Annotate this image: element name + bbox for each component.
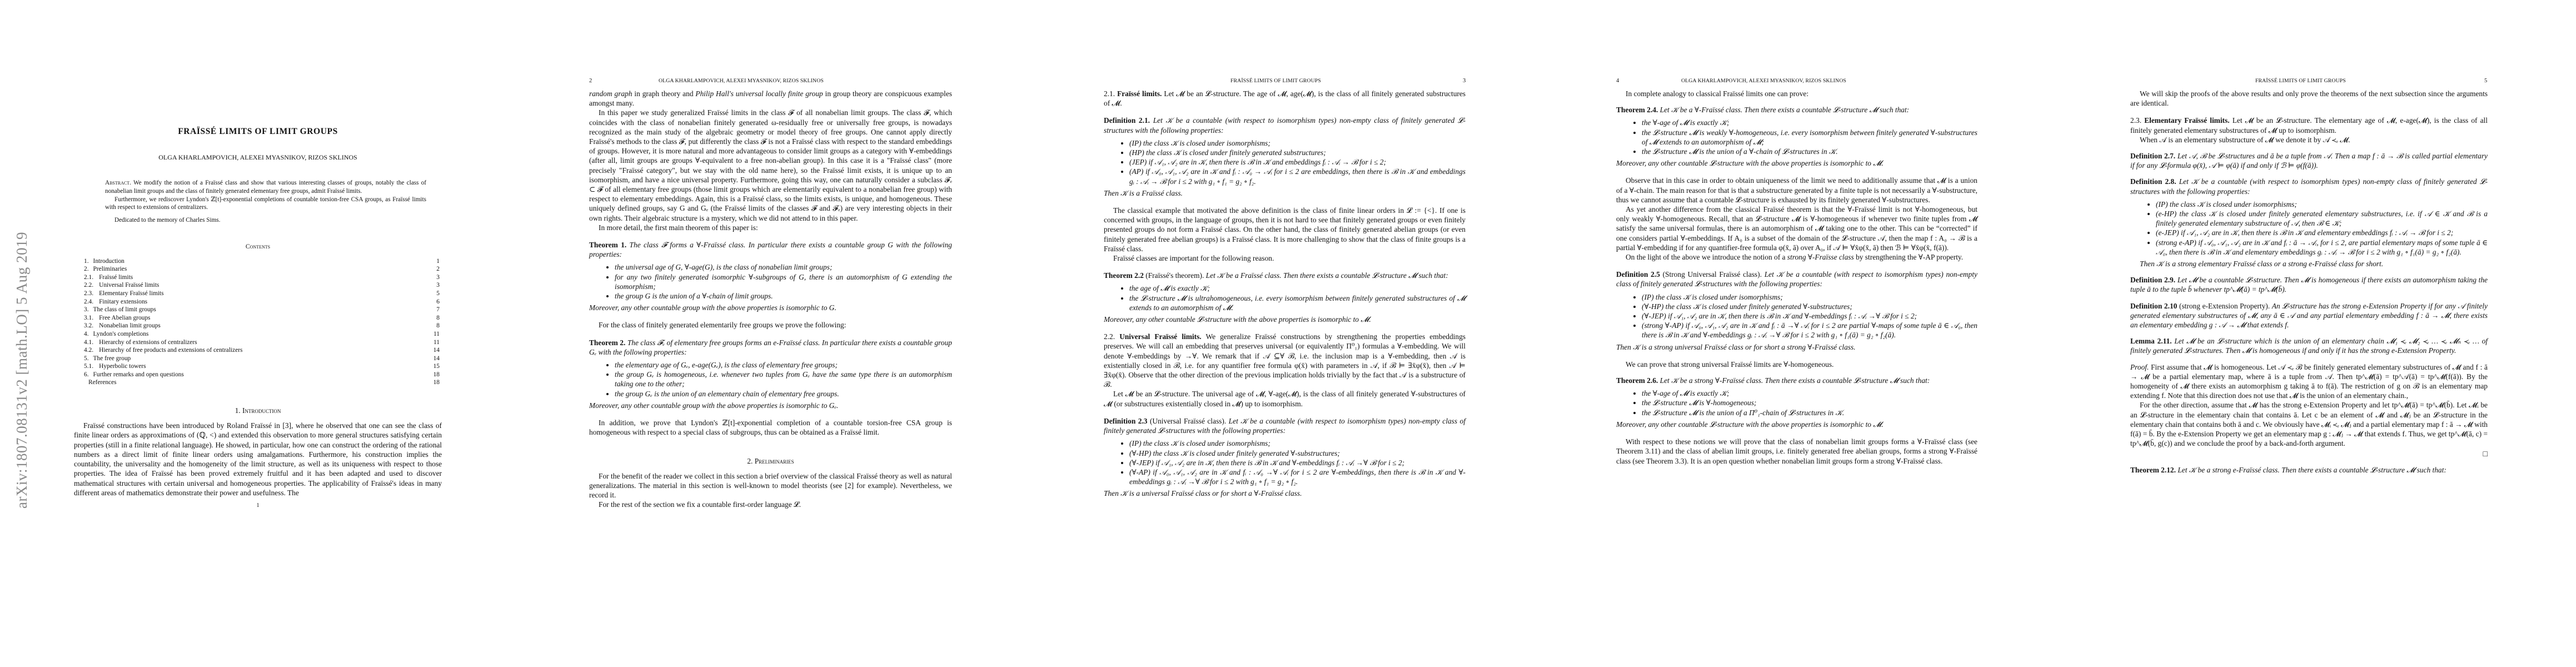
definition-2-5: Definition 2.5 (Strong Universal Fraïssé… (1616, 270, 1977, 352)
definition-text: Let 𝒦 be a countable (with respect to is… (1104, 116, 1466, 134)
toc-entry-label: 5.1.Hyperbolic towers (84, 362, 146, 371)
toc-entry-label: 2.3.Elementary Fraïssé limits (84, 290, 164, 298)
paragraph: When 𝒜 is an elementary substructure of … (2130, 135, 2488, 145)
list-item: (JEP) if 𝒜₁, 𝒜₂ are in 𝒦, then there is … (1129, 157, 1466, 167)
definition-items: (IP) the class 𝒦 is closed under isomorp… (1104, 138, 1466, 186)
paragraph: Let 𝓜 be an 𝓛-structure. The universal a… (1104, 389, 1466, 408)
theorem-1: Theorem 1. The class 𝓕 forms a ∀-Fraïssé… (589, 240, 952, 312)
toc-entry-label: 4.Lyndon's completions (84, 330, 148, 339)
toc-entry[interactable]: 3.2.Nonabelian limit groups8 (84, 322, 440, 330)
toc-entry-page: 14 (434, 346, 440, 355)
toc-entry-page: 11 (434, 339, 440, 347)
definition-text: Let 𝓜 be a countable 𝓛-structure. Then 𝓜… (2130, 276, 2488, 293)
toc-entry-label: 2.4.Finitary extensions (84, 298, 147, 306)
toc-entry[interactable]: 3.1.Free Abelian groups8 (84, 314, 440, 322)
definition-conclusion: Then 𝒦 is a strong elementary Fraïssé cl… (2130, 259, 2488, 268)
toc-entry[interactable]: 4.Lyndon's completions11 (84, 330, 440, 339)
theorem-label: Theorem 2.4. (1616, 106, 1658, 114)
toc-entry-page: 18 (434, 379, 440, 387)
page-3-column: 2.1. Fraïssé limits. Let 𝓜 be an 𝓛-struc… (1104, 89, 1466, 499)
toc-entry[interactable]: 2.1.Fraïssé limits3 (84, 273, 440, 282)
paragraph: As yet another difference from the class… (1616, 205, 1977, 252)
toc-entry-page: 11 (434, 330, 440, 339)
definition-2-1: Definition 2.1. Let 𝒦 be a countable (wi… (1104, 116, 1466, 198)
toc-entry-title: Nonabelian limit groups (99, 322, 161, 329)
abstract: Abstract. We modify the notion of a Fraï… (105, 179, 426, 224)
toc-entry-page: 18 (434, 371, 440, 379)
abstract-label: Abstract. (105, 180, 131, 186)
lemma-2-11: Lemma 2.11. Let 𝓜 be an 𝓛-structure whic… (2130, 336, 2488, 355)
toc-entry-number: 2. (84, 265, 89, 273)
toc-entry-label: 2.1.Fraïssé limits (84, 273, 133, 282)
theorem-conclusion: Moreover, any other countable 𝓛-structur… (1616, 420, 1977, 429)
contents-title: Contents (74, 242, 442, 251)
theorem-text: Let 𝒦 be a Fraïssé class. Then there exi… (1206, 271, 1448, 280)
running-head: FRAÏSSÉ LIMITS OF LIMIT GROUPS (1230, 78, 1321, 84)
definition-items: (IP) the class 𝒦 is closed under isomorp… (1104, 439, 1466, 486)
paragraph: On the light of the above we introduce t… (1616, 252, 1977, 262)
subsection-number: 2.2. (1104, 332, 1115, 341)
definition-2-7: Definition 2.7. Let 𝒜, ℬ be 𝓛-structures… (2130, 151, 2488, 170)
theorem-conclusion: Moreover, any other countable group with… (589, 401, 952, 410)
toc-entry-page: 1 (436, 257, 440, 266)
toc-entry-title: The free group (93, 355, 131, 362)
theorem-2-12: Theorem 2.12. Let 𝒦 be a strong e-Fraïss… (2130, 465, 2488, 475)
toc-entry-title: Free Abelian groups (99, 315, 150, 321)
list-item: the 𝓛-structure 𝓜 is ultrahomogeneous, i… (1129, 293, 1466, 312)
list-item: (∀-HP) the class 𝒦 is closed under finit… (1129, 449, 1466, 458)
toc-entry-title: Lyndon's completions (93, 331, 149, 337)
list-item: (∀-JEP) if 𝒜₁, 𝒜₂ are in 𝒦, then there i… (1642, 311, 1977, 321)
page-footer-number: 1 (74, 501, 442, 510)
list-item: the ∀-age of 𝓜 is exactly 𝒦; (1642, 389, 1977, 398)
dedication: Dedicated to the memory of Charles Sims. (105, 216, 426, 225)
text: in graph theory and (632, 89, 696, 98)
page-4: 4 OLGA KHARLAMPOVICH, ALEXEI MYASNIKOV, … (1546, 0, 2061, 667)
theorem-text: The class 𝓕ₑ of elementary free groups f… (589, 339, 952, 356)
definition-label: Definition 2.5 (1616, 270, 1660, 278)
definition-2-3: Definition 2.3 (Universal Fraïssé class)… (1104, 416, 1466, 499)
toc-entry-number: 6. (84, 371, 89, 379)
definition-name: (strong e-Extension Property). (2179, 302, 2270, 310)
table-of-contents: 1.Introduction12.Preliminaries22.1.Fraïs… (84, 257, 440, 387)
theorem-text: Let 𝒦 be a strong e-Fraïssé class. Then … (2178, 466, 2446, 474)
toc-entry[interactable]: 2.4.Finitary extensions6 (84, 298, 440, 306)
theorem-2-2: Theorem 2.2 (Fraïssé's theorem). Let 𝒦 b… (1104, 271, 1466, 324)
page-4-column: In complete analogy to classical Fraïssé… (1616, 89, 1977, 466)
theorem-conclusion: Moreover, any other countable 𝓛-structur… (1616, 158, 1977, 168)
subsection-title: Universal Fraïssé limits. (1119, 332, 1201, 341)
toc-entry-number: 2.1. (84, 273, 93, 282)
subsection-title: Elementary Fraïssé limits. (2144, 116, 2229, 125)
toc-entry-title: The class of limit groups (93, 306, 156, 313)
paragraph: For the rest of the section we fix a cou… (589, 500, 952, 509)
toc-entry-title: Introduction (93, 258, 124, 265)
theorem-items: the ∀-age of 𝓜 is exactly 𝒦; the 𝓛-struc… (1616, 389, 1977, 417)
theorem-label: Theorem 2.12. (2130, 466, 2176, 474)
theorem-2-4: Theorem 2.4. Let 𝒦 be a ∀-Fraïssé class.… (1616, 105, 1977, 168)
list-item: (strong e-AP) if 𝒜₀, 𝒜₁, 𝒜₂ are in 𝒦 and… (2156, 238, 2488, 257)
toc-entry-page: 3 (436, 273, 440, 282)
toc-entry-title: Hierarchy of extensions of centralizers (99, 339, 197, 346)
theorem-items: the elementary age of Gₑ, e-age(Gₑ), is … (589, 360, 952, 399)
toc-entry-page: 8 (436, 322, 440, 330)
toc-entry-number: 2.3. (84, 290, 93, 298)
toc-entry[interactable]: 2.Preliminaries2 (84, 265, 440, 273)
page-1-column: FRAÏSSÉ LIMITS OF LIMIT GROUPS OLGA KHAR… (74, 127, 442, 510)
toc-entry-page: 14 (434, 355, 440, 363)
list-item: the 𝓛-structure 𝓜 is the union of a ∀-ch… (1642, 147, 1977, 156)
toc-entry-title: Fraïssé limits (99, 274, 133, 281)
theorem-text: The class 𝓕 forms a ∀-Fraïssé class. In … (589, 241, 952, 258)
definition-text: Let 𝒦 be a countable (with respect to is… (2130, 177, 2488, 195)
subsection-text: We generalize Fraïssé constructions by s… (1104, 332, 1466, 389)
toc-entry-number: 5. (84, 355, 89, 363)
theorem-label: Theorem 2. (589, 339, 625, 347)
intro-heading: 1. Introduction (74, 406, 442, 415)
definition-2-8: Definition 2.8. Let 𝒦 be a countable (wi… (2130, 177, 2488, 268)
list-item: (AP) if 𝒜₀, 𝒜₁, 𝒜₂ are in 𝒦 and fᵢ : 𝒜₀ … (1129, 167, 1466, 186)
theorem-label: Theorem 1. (589, 241, 626, 249)
toc-entry-number: 3.2. (84, 322, 93, 330)
proof-text: First assume that 𝓜 is homogeneous. Let … (2130, 363, 2488, 400)
toc-entry-title: Universal Fraïssé limits (99, 282, 159, 288)
list-item: (IP) the class 𝒦 is closed under isomorp… (1129, 138, 1466, 148)
toc-entry-label: 2.2.Universal Fraïssé limits (84, 281, 159, 290)
lemma-text: Let 𝓜 be an 𝓛-structure which is the uni… (2130, 337, 2488, 355)
page-number: 3 (1463, 78, 1466, 84)
toc-entry[interactable]: 5.1.Hyperbolic towers15 (84, 362, 440, 371)
theorem-conclusion: Moreover, any other countable group with… (589, 303, 952, 312)
list-item: the age of 𝓜 is exactly 𝒦; (1129, 283, 1466, 293)
definition-label: Definition 2.3 (1104, 417, 1148, 425)
toc-entry-page: 8 (436, 314, 440, 322)
toc-entry-number: 2.2. (84, 281, 93, 290)
toc-entry-label: 3.The class of limit groups (84, 306, 156, 314)
paragraph: We can prove that strong universal Fraïs… (1616, 360, 1977, 369)
toc-entry[interactable]: 1.Introduction1 (84, 257, 440, 266)
section-heading-preliminaries: 2. Preliminaries (589, 456, 952, 466)
abstract-text-2: Furthermore, we rediscover Lyndon's ℤ[t]… (105, 196, 426, 212)
definition-items: (IP) the class 𝒦 is closed under isomorp… (1616, 292, 1977, 340)
toc-entry-number: 1. (84, 257, 89, 266)
proof: Proof. First assume that 𝓜 is homogeneou… (2130, 362, 2488, 459)
definition-text: Let 𝒜, ℬ be 𝓛-structures and ā be a tupl… (2130, 152, 2488, 170)
list-item: (∀-AP) if 𝒜₀, 𝒜₁, 𝒜₂ are in 𝒦 and fᵢ : 𝒜… (1129, 467, 1466, 486)
definition-label: Definition 2.8. (2130, 177, 2176, 186)
toc-entry-label: 3.2.Nonabelian limit groups (84, 322, 161, 330)
toc-entry[interactable]: 3.The class of limit groups7 (84, 306, 440, 314)
paragraph: In addition, we prove that Lyndon's ℤ[t]… (589, 418, 952, 437)
toc-entry-number: 4.2. (84, 346, 93, 355)
toc-entry-page: 6 (436, 298, 440, 306)
toc-entry-title: Hierarchy of free products and extension… (99, 347, 242, 354)
paragraph: In this paper we study generalized Fraïs… (589, 108, 952, 222)
toc-entry-label: 5.The free group (84, 355, 131, 363)
page-2: 2 OLGA KHARLAMPOVICH, ALEXEI MYASNIKOV, … (515, 0, 1030, 667)
proof-label: Proof. (2130, 363, 2149, 371)
theorem-2: Theorem 2. The class 𝓕ₑ of elementary fr… (589, 338, 952, 410)
emph-random-graph: random graph (589, 89, 632, 98)
toc-entry-page: 7 (436, 306, 440, 314)
toc-entry-page: 15 (434, 362, 440, 371)
theorem-label: Theorem 2.6. (1616, 376, 1658, 385)
list-item: the 𝓛-structure 𝓜 is ∀-homogeneous; (1642, 398, 1977, 407)
theorem-conclusion: Moreover, any other countable 𝓛-structur… (1104, 315, 1466, 324)
page-number: 2 (589, 78, 592, 84)
toc-entry-label: 4.2.Hierarchy of free products and exten… (84, 346, 243, 355)
list-item: (e-HP) the class 𝒦 is closed under finit… (2156, 209, 2488, 228)
page-3: FRAÏSSÉ LIMITS OF LIMIT GROUPS 3 2.1. Fr… (1030, 0, 1546, 667)
paragraph: In more detail, the first main theorem o… (589, 223, 952, 232)
list-item: the 𝓛-structure 𝓜 is the union of a Π⁰₁-… (1642, 408, 1977, 417)
text: by strengthening the ∀-AP property. (1854, 253, 1963, 261)
toc-entry[interactable]: 2.2.Universal Fraïssé limits3 (84, 281, 440, 290)
qed-symbol: □ (2130, 451, 2488, 459)
paragraph: We will skip the proofs of the above res… (2130, 89, 2488, 108)
toc-entry-title: Preliminaries (93, 266, 127, 272)
toc-entry-title: References (88, 379, 117, 386)
list-item: (strong ∀-AP) if 𝒜₀, 𝒜₁, 𝒜₂ are in 𝒦 and… (1642, 321, 1977, 340)
definition-label: Definition 2.7. (2130, 152, 2175, 160)
paragraph: Observe that in this case in order to ob… (1616, 176, 1977, 205)
emph-philip-hall: Philip Hall's universal locally finite g… (695, 89, 823, 98)
page-2-column: random graph in graph theory and Philip … (589, 89, 952, 510)
list-item: the elementary age of Gₑ, e-age(Gₑ), is … (615, 360, 952, 370)
definition-2-9: Definition 2.9. Let 𝓜 be a countable 𝓛-s… (2130, 275, 2488, 294)
toc-entry-page: 2 (436, 265, 440, 273)
toc-entry-page: 5 (436, 290, 440, 298)
toc-entry-number: 4. (84, 330, 89, 339)
toc-entry-title: Elementary Fraïssé limits (99, 290, 163, 297)
list-item: the group Gₑ is the union of an elementa… (615, 389, 952, 399)
definition-label: Definition 2.10 (2130, 302, 2177, 310)
toc-entry-label: 2.Preliminaries (84, 265, 127, 273)
toc-entry-number: 5.1. (84, 362, 93, 371)
list-item: the universal age of G, ∀-age(G), is the… (615, 262, 952, 272)
toc-entry[interactable]: 5.The free group14 (84, 355, 440, 363)
subsection-number: 2.3. (2130, 116, 2141, 125)
toc-entry-title: Further remarks and open questions (93, 371, 184, 378)
definition-conclusion: Then 𝒦 is a universal Fraïssé class or f… (1104, 489, 1466, 498)
definition-label: Definition 2.1. (1104, 116, 1150, 125)
running-head: OLGA KHARLAMPOVICH, ALEXEI MYASNIKOV, RI… (659, 78, 824, 84)
toc-entry-number: 3.1. (84, 314, 93, 322)
definition-conclusion: Then 𝒦 is a Fraïssé class. (1104, 188, 1466, 198)
toc-entry-number: 4.1. (84, 339, 93, 347)
toc-entry-label: References (84, 379, 117, 387)
paper-authors: OLGA KHARLAMPOVICH, ALEXEI MYASNIKOV, RI… (74, 153, 442, 162)
proof-text: For the other direction, assume that 𝓜 h… (2130, 400, 2488, 448)
toc-entry-label: 3.1.Free Abelian groups (84, 314, 150, 322)
page-5: FRAÏSSÉ LIMITS OF LIMIT GROUPS 5 We will… (2061, 0, 2576, 667)
intro-paragraph: Fraïssé constructions have been introduc… (74, 421, 442, 497)
subsection-number: 2.1. (1104, 89, 1115, 98)
paper-title: FRAÏSSÉ LIMITS OF LIMIT GROUPS (74, 127, 442, 136)
toc-entry-number: 3. (84, 306, 89, 314)
toc-entry-page: 3 (436, 281, 440, 290)
page-number: 5 (2484, 78, 2487, 84)
list-item: (IP) the class 𝒦 is closed under isomorp… (1129, 439, 1466, 448)
paragraph: For the class of finitely generated elem… (589, 320, 952, 330)
page-5-column: We will skip the proofs of the above res… (2130, 89, 2488, 475)
emph-strong-class: strong ∀-Fraïsse class (1787, 253, 1854, 261)
paragraph: In complete analogy to classical Fraïssé… (1616, 89, 1977, 98)
list-item: (HP) the class 𝒦 is closed under finitel… (1129, 148, 1466, 157)
list-item: the ∀-age of 𝓜 is exactly 𝒦; (1642, 118, 1977, 127)
toc-entry[interactable]: 6.Further remarks and open questions18 (84, 371, 440, 379)
theorem-items: the age of 𝓜 is exactly 𝒦; the 𝓛-structu… (1104, 283, 1466, 312)
list-item: (IP) the class 𝒦 is closed under isomorp… (1642, 292, 1977, 302)
toc-entry[interactable]: 2.3.Elementary Fraïssé limits5 (84, 290, 440, 298)
theorem-text: Let 𝒦 be a ∀-Fraïssé class. Then there e… (1660, 106, 1910, 114)
definition-name: (Universal Fraïssé class). (1150, 417, 1226, 425)
toc-entry-title: Hyperbolic towers (99, 363, 146, 370)
list-item: (∀-JEP) if 𝒜₁, 𝒜₂ are in 𝒦, then there i… (1129, 458, 1466, 467)
toc-entry-label: 4.1.Hierarchy of extensions of centraliz… (84, 339, 197, 347)
theorem-label: Theorem 2.2 (1104, 271, 1144, 280)
subsection-title: Fraïssé limits. (1117, 89, 1162, 98)
lemma-label: Lemma 2.11. (2130, 337, 2172, 345)
abstract-text: We modify the notion of a Fraïssé class … (105, 180, 426, 195)
definition-2-10: Definition 2.10 (strong e-Extension Prop… (2130, 301, 2488, 330)
paragraph: For the benefit of the reader we collect… (589, 471, 952, 500)
text: On the light of the above we introduce t… (1626, 253, 1787, 261)
running-head: OLGA KHARLAMPOVICH, ALEXEI MYASNIKOV, RI… (1681, 78, 1846, 84)
toc-entry[interactable]: 4.2.Hierarchy of free products and exten… (84, 346, 440, 355)
toc-entry-number: 2.4. (84, 298, 93, 306)
list-item: the group Gₑ is homogeneous, i.e. whenev… (615, 370, 952, 389)
theorem-name: (Fraïssé's theorem). (1145, 271, 1204, 280)
list-item: (IP) the class 𝒦 is closed under isomorp… (2156, 200, 2488, 209)
toc-entry[interactable]: 4.1.Hierarchy of extensions of centraliz… (84, 339, 440, 347)
theorem-text: Let 𝒦 be a strong ∀-Fraïssé class. Then … (1660, 376, 1930, 385)
paragraph: The classical example that motivated the… (1104, 206, 1466, 253)
page-1: FRAÏSSÉ LIMITS OF LIMIT GROUPS OLGA KHAR… (0, 0, 515, 667)
paragraph: Fraïssé classes are important for the fo… (1104, 253, 1466, 263)
toc-entry-label: 1.Introduction (84, 257, 124, 266)
page-number: 4 (1616, 78, 1619, 84)
list-item: the 𝓛-structure 𝓜 is weakly ∀-homogeneou… (1642, 128, 1977, 147)
toc-entry-label: 6.Further remarks and open questions (84, 371, 184, 379)
theorem-items: the universal age of G, ∀-age(G), is the… (589, 262, 952, 301)
definition-items: (IP) the class 𝒦 is closed under isomorp… (2130, 200, 2488, 257)
toc-entry[interactable]: References18 (84, 379, 440, 387)
theorem-items: the ∀-age of 𝓜 is exactly 𝒦; the 𝓛-struc… (1616, 118, 1977, 156)
list-item: (e-JEP) if 𝒜₁, 𝒜₂ are in 𝒦, then there i… (2156, 228, 2488, 237)
definition-conclusion: Then 𝒦 is a strong universal Fraïssé cla… (1616, 342, 1977, 352)
toc-entry-title: Finitary extensions (99, 298, 147, 305)
list-item: for any two finitely generated isomorphi… (615, 272, 952, 291)
list-item: the group G is the union of a ∀-chain of… (615, 291, 952, 301)
running-head: FRAÏSSÉ LIMITS OF LIMIT GROUPS (2255, 78, 2346, 84)
list-item: (∀-HP) the class 𝒦 is closed under finit… (1642, 302, 1977, 311)
theorem-2-6: Theorem 2.6. Let 𝒦 be a strong ∀-Fraïssé… (1616, 376, 1977, 429)
definition-name: (Strong Universal Fraïssé class). (1663, 270, 1762, 278)
definition-label: Definition 2.9. (2130, 276, 2175, 284)
paragraph: With respect to these notions we will pr… (1616, 437, 1977, 466)
